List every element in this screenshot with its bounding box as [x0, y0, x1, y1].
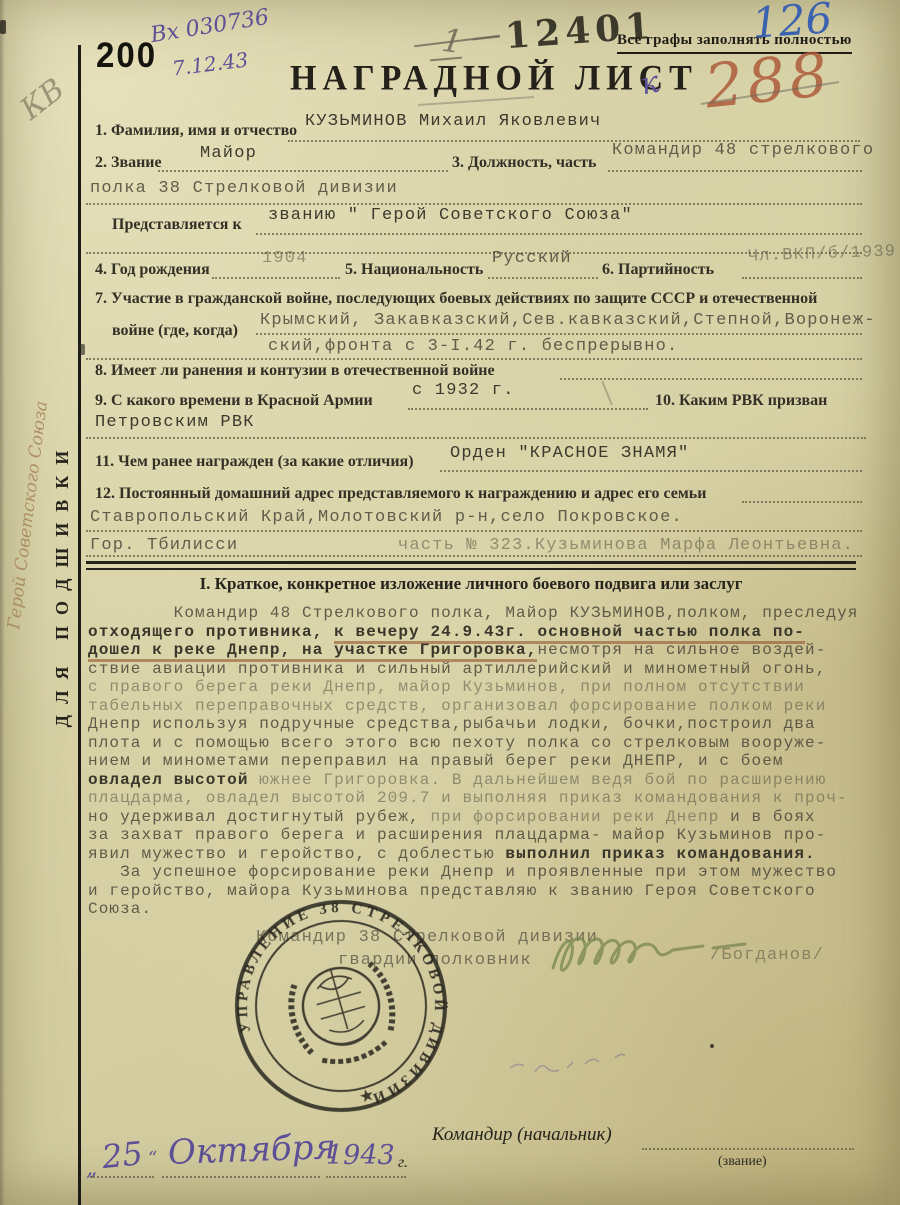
field-10-value: Петровским РВК [95, 413, 255, 432]
field-5-value: Русский [492, 249, 572, 268]
date-month: Октября [167, 1127, 336, 1173]
field-10-label: 10. Каким РВК призван [655, 392, 827, 410]
story-line: За успешное форсирование реки Днепр и пр… [88, 863, 870, 882]
dotted-line [560, 378, 862, 380]
field-7-value-line2: ский,фронта с 3-I.42 г. беспрерывно. [268, 337, 678, 356]
ink-speck [0, 20, 6, 34]
date-quote-close: “ [148, 1148, 157, 1169]
field-8-label: 8. Имеет ли ранения и контузии в отечест… [95, 362, 495, 380]
section-divider [86, 561, 856, 570]
field-9-value: с 1932 г. [412, 381, 515, 400]
field-2-label: 2. Звание [95, 154, 162, 172]
margin-handwritten-note: Герой Советского Союза [1, 375, 55, 655]
date-year: 1943 [326, 1140, 395, 1171]
field-3-value-line1: Командир 48 стрелкового [612, 141, 874, 160]
ink-speck [78, 344, 85, 355]
dotted-line [86, 252, 862, 254]
margin-vertical-label: ДЛЯ ПОДШИВКИ [52, 411, 73, 756]
field-2-value: Майор [200, 144, 257, 163]
dotted-line [742, 501, 862, 503]
dotted-line [212, 277, 340, 279]
rank-label: (звание) [718, 1154, 767, 1170]
field-7-label-line2: войне (где, когда) [112, 322, 238, 340]
award-sheet-document: ДЛЯ ПОДШИВКИ Герой Советского Союза КВ 2… [0, 0, 900, 1205]
dotted-line [86, 203, 862, 205]
field-1-value: КУЗЬМИНОВ Михаил Яковлевич [305, 112, 601, 131]
story-line: отходящего противника, к вечеру 24.9.43г… [88, 623, 870, 642]
faint-scribble [505, 1038, 675, 1086]
year-suffix: г. [398, 1154, 408, 1172]
field-12-value-line2a: Гор. Тбилисси [90, 536, 238, 555]
dotted-line [86, 555, 862, 557]
commander-label: Командир (начальник) [432, 1124, 612, 1146]
seal-star: ★ [357, 1085, 377, 1107]
field-11-label: 11. Чем ранее награжден (за какие отличи… [95, 453, 414, 471]
field-3-label: 3. Должность, часть [452, 154, 596, 172]
dotted-line [742, 277, 862, 279]
dotted-line [440, 470, 862, 472]
presented-for-label: Представляется к [112, 216, 242, 234]
dotted-line [86, 358, 862, 360]
story-line: но удерживал достигнутый рубеж, при форс… [88, 808, 870, 827]
dotted-line [90, 1176, 154, 1178]
dotted-line [162, 1176, 320, 1178]
story-line: табельных переправочных средств, организ… [88, 697, 870, 716]
story-line: ствие авиации противника и сильный артил… [88, 660, 870, 679]
sheet-number-stamp: 200 [96, 34, 157, 75]
story-line: Командир 48 Стрелкового полка, Майор КУЗ… [88, 604, 870, 623]
dotted-line [642, 1148, 854, 1150]
field-6-value: Чл.ВКП/б/1939 [748, 242, 897, 266]
pencil-initials: КВ [14, 72, 71, 127]
field-6-label: 6. Партийность [602, 261, 714, 279]
field-9-label: 9. С какого времени в Красной Армии [95, 392, 373, 410]
story-line: и геройство, майора Кузьминова представл… [88, 882, 870, 901]
scan-edge [0, 0, 5, 1205]
story-line: плацдарма, овладел высотой 209.7 и выпол… [88, 789, 870, 808]
story-line: дошел к реке Днепр, на участке Григоровк… [88, 641, 870, 660]
story-line: за захват правого берега и расширения пл… [88, 826, 870, 845]
field-5-label: 5. Национальность [345, 261, 483, 279]
story-paragraph: Командир 48 Стрелкового полка, Майор КУЗ… [88, 604, 870, 919]
cross-stroke [472, 36, 500, 41]
dotted-line [408, 408, 648, 410]
field-3-value-line2: полка 38 Стрелковой дивизии [90, 179, 398, 198]
story-line: плота и с помощью всего этого всю пехоту… [88, 734, 870, 753]
field-12-value-line1: Ставропольский Край,Молотовский р-н,село… [90, 508, 683, 527]
dotted-line [158, 170, 448, 172]
dotted-line [256, 233, 862, 235]
dotted-line [86, 437, 866, 439]
field-12-label: 12. Постоянный домашний адрес представля… [95, 485, 706, 503]
dotted-line [488, 277, 598, 279]
field-7-value-line1: Крымский, Закавказский,Сев.кавказский,Ст… [260, 311, 876, 330]
pencil-slash [601, 381, 613, 406]
red-page-number: 288 [702, 40, 835, 123]
page-title: НАГРАДНОЙ ЛИСТ [290, 59, 698, 99]
field-7-label-line1: 7. Участие в гражданской войне, последую… [95, 290, 817, 308]
story-line: с правого берега реки Днепр, майор Кузьм… [88, 678, 870, 697]
story-line: нием и минометами переправил на правый б… [88, 752, 870, 771]
dotted-line [256, 333, 862, 335]
incoming-date: 7.12.43 [171, 47, 250, 80]
dotted-line [608, 170, 862, 172]
incoming-note: Вх 030736 [149, 5, 271, 48]
story-line: Днепр используя подручные средства,рыбач… [88, 715, 870, 734]
field-4-label: 4. Год рождения [95, 261, 210, 279]
story-line: явил мужество и геройство, с доблестью в… [88, 845, 870, 864]
field-1-label: 1. Фамилия, имя и отчество [95, 122, 297, 140]
section-heading: I. Краткое, конкретное изложение личного… [86, 574, 856, 594]
date-day: 25 [100, 1134, 144, 1176]
dotted-line [86, 530, 862, 532]
field-11-value: Орден "КРАСНОЕ ЗНАМЯ" [450, 444, 689, 463]
field-4-value: 1904 [262, 249, 308, 268]
ink-dot [710, 1044, 714, 1048]
margin-rule [78, 45, 81, 1205]
dotted-line [326, 1176, 406, 1178]
signature-scrawl [545, 916, 785, 996]
presented-for-value: званию " Герой Советского Союза" [268, 206, 633, 225]
story-line: овладел высотой южнее Григоровка. В даль… [88, 771, 870, 790]
field-12-value-line2b: часть № 323.Кузьминова Марфа Леонтьевна. [398, 536, 854, 555]
